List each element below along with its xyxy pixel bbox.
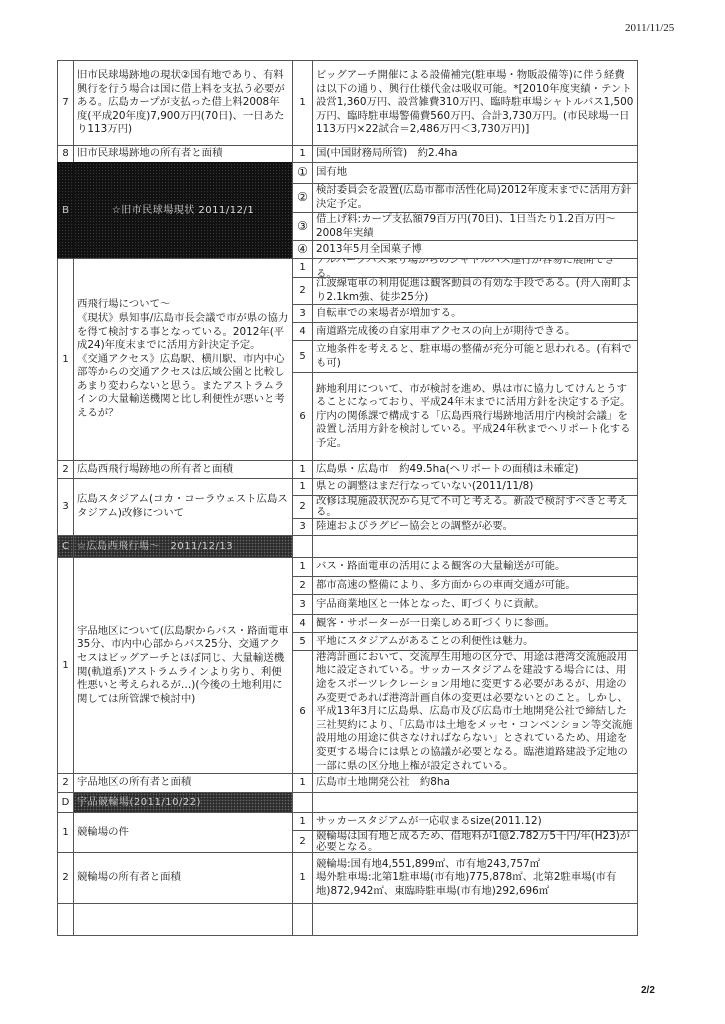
section-b-row-1-note-1-number: 1: [292, 258, 313, 278]
section-d-row-1-note-2: 競輪場は国有地と成るため、借地料が1億2.782万5千円/年(H23)が必要とな…: [312, 830, 638, 853]
section-b-row-3-number: 3: [57, 478, 74, 536]
section-d-row-2-number: 2: [57, 852, 74, 904]
section-d-header-blank-note: [312, 792, 638, 813]
section-b-row-1-note-3-number: 3: [292, 304, 313, 323]
section-c-letter: C: [57, 535, 74, 558]
section-c-header-blank-number: [292, 535, 313, 558]
section-c-row-1-note-1: バス・路面電車の活用による観客の大量輸送が可能。: [312, 557, 638, 577]
section-b-row-1-note-4: 南道路完成後の自家用車アクセスの向上が期待できる。: [312, 322, 638, 341]
section-d-row-1-note-1: サッカースタジアムが一応収まるsize(2011.12): [312, 812, 638, 831]
section-b-letter: B: [57, 162, 74, 259]
section-d-row-1-number: 1: [57, 812, 74, 853]
section-c-row-1-note-6: 港湾計画において、交流厚生用地の区分で、用途は港湾交流施設用地に設定されている。…: [312, 650, 638, 774]
section-c-row-1-note-4-number: 4: [292, 614, 313, 633]
section-c-row-2-item: 宇品地区の所有者と面積: [73, 773, 293, 793]
section-b-row-1-note-6: 跡地利用について、市が検討を進め、県は市に協力してけんとうすることになっており、…: [312, 372, 638, 461]
section-b-row-2-item: 広島西飛行場跡地の所有者と面積: [73, 460, 293, 479]
row-7-sub-number: 1: [292, 60, 313, 146]
section-d-row-1-note-1-number: 1: [292, 812, 313, 831]
section-b-row-1-note-5: 立地条件を考えると、駐車場の整備が充分可能と思われる。(有料でも可): [312, 340, 638, 373]
section-c-header: ☆広島西飛行場～ 2011/12/13: [73, 535, 293, 558]
section-b-row-2-number: 2: [57, 460, 74, 479]
section-b-row-1-note-2: 江波線電車の利用促進は観客動員の有効な手段である。(舟入南町より2.1km強、徒…: [312, 277, 638, 305]
row-8-sub-number: 1: [292, 145, 313, 163]
section-b-row-3-note-2: 改修は現施設状況から見て不可と考える。新設で検討すべきと考える。: [312, 495, 638, 519]
section-b-row-1-note-3: 自転車での来場者が増加する。: [312, 304, 638, 323]
section-c-row-1-item: 宇品地区について(広島駅からバス・路面電車35分、市内中心部からバス25分、交通…: [73, 557, 293, 774]
section-d-header-blank-number: [292, 792, 313, 813]
section-c-row-1-note-4: 観客・サポーターが一日楽しめる町づくりに参画。: [312, 614, 638, 633]
section-b-header-item-1: 国有地: [312, 162, 638, 184]
section-b-row-1-note-1: アルパークバス乗り場からのシャトルバス運行が容易に展開できる。: [312, 258, 638, 278]
section-b-header-item-2: 検討委員会を設置(広島市都市活性化局)2012年度末までに活用方針決定予定。: [312, 183, 638, 213]
section-b-row-1-item: 西飛行場について～ 《現状》県知事/広島市長会議で市が県の協力を得て検討する事と…: [73, 258, 293, 461]
section-b-header-item-3-number: ③: [292, 212, 313, 241]
section-b-row-3-note-1: 県との調整はまだ行なっていない(2011/11/8): [312, 478, 638, 496]
row-8-item: 旧市民球場跡地の所有者と面積: [73, 145, 293, 163]
section-b-row-1-note-2-number: 2: [292, 277, 313, 305]
section-c-row-2-note-1-number: 1: [292, 773, 313, 793]
section-b-header-item-3: 借上げ料:カープ支払額79百万円(70日)、1日当たり1.2百万円～2008年実…: [312, 212, 638, 241]
section-b-header-item-4: 2013年5月全国菓子博: [312, 240, 638, 259]
section-c-row-2-number: 2: [57, 773, 74, 793]
section-d-row-1-item: 競輪場の件: [73, 812, 293, 853]
section-d-letter: D: [57, 792, 74, 813]
section-c-row-1-note-6-number: 6: [292, 650, 313, 774]
section-b-row-3-note-1-number: 1: [292, 478, 313, 496]
section-c-row-1-note-2-number: 2: [292, 576, 313, 595]
section-c-row-1-note-3: 宇品商業地区と一体となった、町づくりに貢献。: [312, 594, 638, 615]
section-b-header-item-1-number: ①: [292, 162, 313, 184]
section-b-row-2-note-1-number: 1: [292, 460, 313, 479]
section-b-row-1-note-4-number: 4: [292, 322, 313, 341]
section-b-header-item-4-number: ④: [292, 240, 313, 259]
section-d-row-2-note-1: 競輪場:国有地4,551,899㎡、市有地243,757㎡ 場外駐車場:北第1駐…: [312, 852, 638, 904]
date-stamp: 2011/11/25: [625, 22, 674, 34]
section-b-row-1-number: 1: [57, 258, 74, 461]
section-c-row-1-note-5-number: 5: [292, 632, 313, 651]
section-b-header-item-2-number: ②: [292, 183, 313, 213]
section-c-row-1-note-2: 都市高速の整備により、多方面からの車両交通が可能。: [312, 576, 638, 595]
empty-row-number: [57, 903, 74, 936]
empty-row-note: [312, 903, 638, 936]
section-b-row-3-note-2-number: 2: [292, 495, 313, 519]
section-b-header: ☆旧市民球場現状 2011/12/1: [73, 162, 293, 259]
section-b-row-3-item: 広島スタジアム(コカ・コーラウェスト広島スタジアム)改修について: [73, 478, 293, 536]
section-b-row-1-note-6-number: 6: [292, 372, 313, 461]
section-b-row-2-note-1: 広島県・広島市 約49.5ha(ヘリポートの面積は未確定): [312, 460, 638, 479]
section-b-row-3-note-3: 陸連およびラグビー協会との調整が必要。: [312, 518, 638, 536]
row-7-item: 旧市民球場跡地の現状②国有地であり、有料興行を行う場合は国に借上料を支払う必要が…: [73, 60, 293, 146]
section-c-row-1-number: 1: [57, 557, 74, 774]
section-d-row-2-item: 競輪場の所有者と面積: [73, 852, 293, 904]
row-7-number: 7: [57, 60, 74, 146]
page-number: 2/2: [641, 985, 655, 996]
section-c-row-1-note-3-number: 3: [292, 594, 313, 615]
section-d-row-2-note-1-number: 1: [292, 852, 313, 904]
empty-row-sub-number: [292, 903, 313, 936]
section-c-header-blank-note: [312, 535, 638, 558]
row-8-note: 国(中国財務局所管) 約2.4ha: [312, 145, 638, 163]
section-d-row-1-note-2-number: 2: [292, 830, 313, 853]
section-d-header: 宇品競輪場(2011/10/22): [73, 792, 293, 813]
section-c-row-1-note-5: 平地にスタジアムがあることの利便性は魅力。: [312, 632, 638, 651]
section-b-row-3-note-3-number: 3: [292, 518, 313, 536]
section-b-row-1-note-5-number: 5: [292, 340, 313, 373]
section-c-row-1-note-1-number: 1: [292, 557, 313, 577]
row-8-number: 8: [57, 145, 74, 163]
row-7-note: ビッグアーチ開催による設備補完(駐車場・物販設備等)に伴う経費は以下の通り、興行…: [312, 60, 638, 146]
section-c-row-2-note-1: 広島市土地開発公社 約8ha: [312, 773, 638, 793]
empty-row-item: [73, 903, 293, 936]
